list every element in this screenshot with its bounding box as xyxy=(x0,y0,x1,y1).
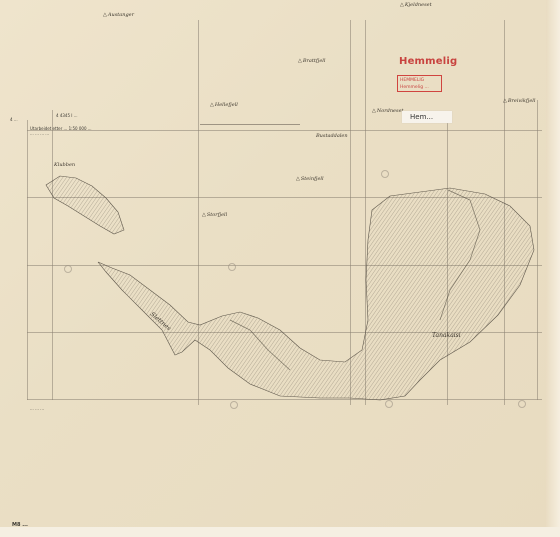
place-label: △Breivikfjell xyxy=(503,98,536,104)
grid-marker xyxy=(518,400,526,408)
classification-box: HEMMELIG Hemmelig ... xyxy=(397,75,442,92)
grid-marker xyxy=(230,401,238,409)
place-label: Klubben xyxy=(54,162,75,168)
classification-stamp: Hemmelig xyxy=(399,56,457,67)
grid-marker xyxy=(228,263,236,271)
region-label: Tanakaisi xyxy=(432,332,461,339)
place-label: Bustaddalen xyxy=(316,133,348,139)
sheet-id: M8 ... xyxy=(12,522,28,528)
terrain-contours xyxy=(0,0,560,537)
legend-header: 4 ... xyxy=(10,117,18,122)
place-label: △Hellefjell xyxy=(210,102,238,108)
grid-marker xyxy=(385,400,393,408)
stamp-line: Hemmelig ... xyxy=(400,84,439,91)
label-strip: Hem... xyxy=(402,111,452,123)
place-label: △Austanger xyxy=(103,12,134,18)
grid-marker xyxy=(381,170,389,178)
place-label: △Nordneset xyxy=(372,108,404,114)
bottom-left-note: ... ... ... xyxy=(30,406,44,411)
place-label: △Storfjell xyxy=(202,212,227,218)
place-label: △Steinfjell xyxy=(296,176,324,182)
place-label: △Kjeldneset xyxy=(400,2,432,8)
stamp-line: HEMMELIG xyxy=(400,77,439,84)
map-sheet: △Austanger △Kjeldneset △Brattfjell △Hell… xyxy=(0,0,560,537)
legend-title: 4 4345 I ... xyxy=(56,113,78,118)
grid-marker xyxy=(64,265,72,273)
place-label: △Brattfjell xyxy=(298,58,325,64)
legend-line-2: ... ... ... ... xyxy=(30,131,49,136)
